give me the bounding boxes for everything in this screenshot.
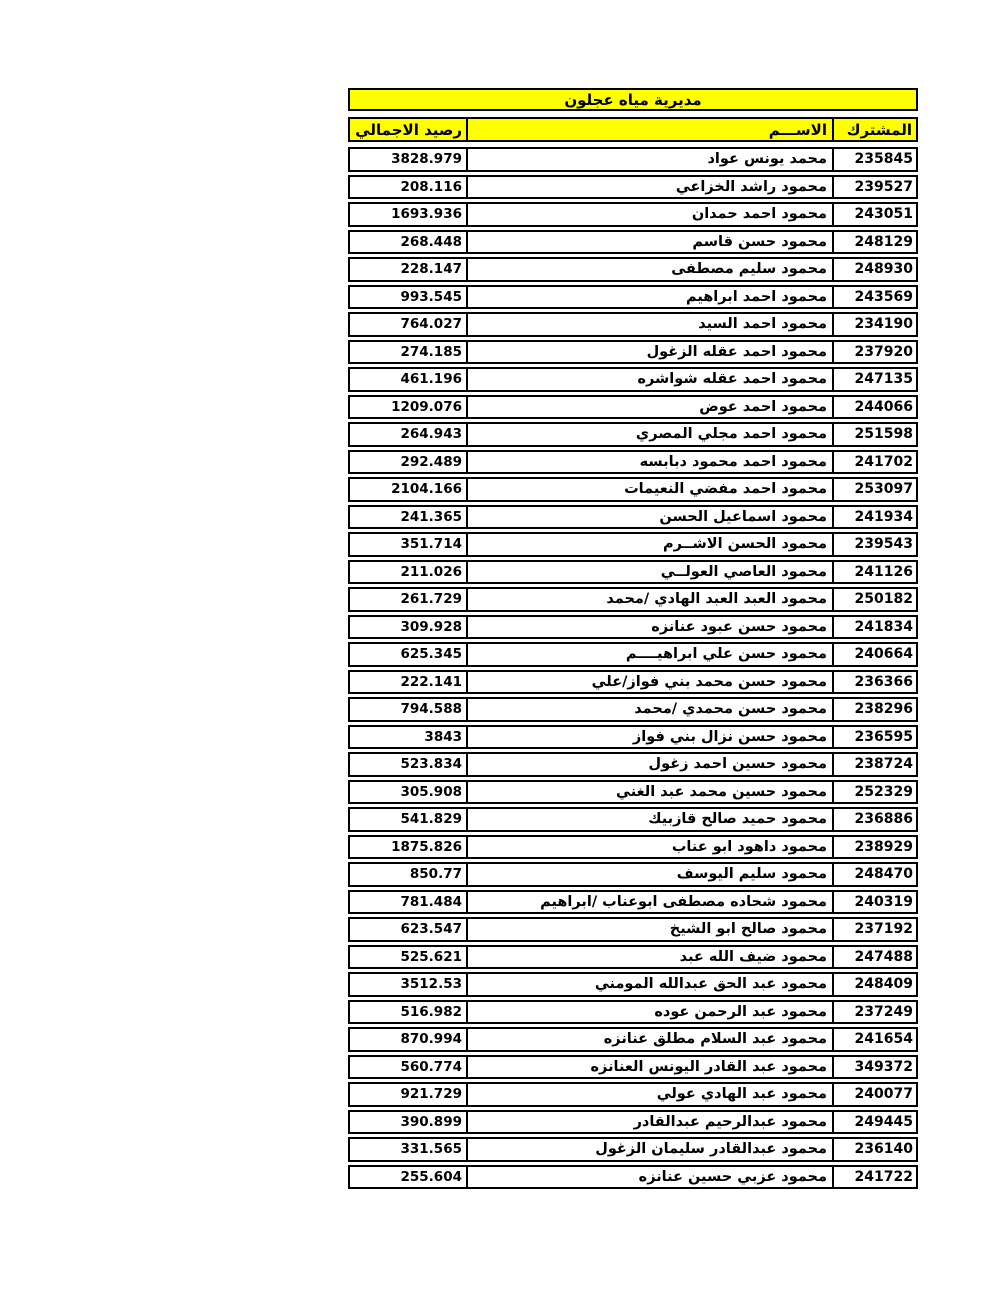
table-row: 243569محمود احمد ابراهيم993.545 bbox=[348, 285, 918, 310]
column-header-name: الاســـم bbox=[468, 119, 832, 140]
total-balance-cell: 993.545 bbox=[350, 287, 468, 308]
total-balance-cell: 1693.936 bbox=[350, 204, 468, 225]
total-balance-cell: 305.908 bbox=[350, 782, 468, 803]
subscriber-name-cell: محمود حسن قاسم bbox=[468, 232, 832, 253]
total-balance-cell: 794.588 bbox=[350, 699, 468, 720]
subscriber-id-cell: 247488 bbox=[832, 947, 916, 968]
table-row: 234190محمود احمد السيد764.027 bbox=[348, 312, 918, 337]
subscriber-name-cell: محمود عبدالرحيم عبدالقادر bbox=[468, 1112, 832, 1133]
subscriber-name-cell: محمود داهود ابو عناب bbox=[468, 837, 832, 858]
subscriber-id-cell: 238929 bbox=[832, 837, 916, 858]
table-row: 247135محمود احمد عقله شواشره461.196 bbox=[348, 367, 918, 392]
subscriber-id-cell: 244066 bbox=[832, 397, 916, 418]
table-row: 243051محمود احمد حمدان1693.936 bbox=[348, 202, 918, 227]
subscriber-id-cell: 243569 bbox=[832, 287, 916, 308]
table-row: 237249محمود عبد الرحمن عوده516.982 bbox=[348, 1000, 918, 1025]
subscriber-name-cell: محمود حميد صالح قازبيك bbox=[468, 809, 832, 830]
column-header-subscriber: المشترك bbox=[832, 119, 916, 140]
subscriber-name-cell: محمود ضيف الله عبد bbox=[468, 947, 832, 968]
subscriber-name-cell: محمود عبد الهادي عولي bbox=[468, 1084, 832, 1105]
subscriber-id-cell: 236595 bbox=[832, 727, 916, 748]
total-balance-cell: 625.345 bbox=[350, 644, 468, 665]
subscriber-name-cell: محمود احمد عوض bbox=[468, 397, 832, 418]
subscriber-name-cell: محمود احمد حمدان bbox=[468, 204, 832, 225]
table-row: 236366محمود حسن محمد بني فواز/علي222.141 bbox=[348, 670, 918, 695]
total-balance-cell: 351.714 bbox=[350, 534, 468, 555]
subscriber-id-cell: 241126 bbox=[832, 562, 916, 583]
subscriber-name-cell: محمود اسماعيل الحسن bbox=[468, 507, 832, 528]
subscriber-id-cell: 235845 bbox=[832, 149, 916, 170]
subscriber-name-cell: محمود عزبي حسين عنانزه bbox=[468, 1167, 832, 1188]
subscriber-id-cell: 252329 bbox=[832, 782, 916, 803]
subscriber-name-cell: محمود احمد مجلي المصري bbox=[468, 424, 832, 445]
table-row: 240077محمود عبد الهادي عولي921.729 bbox=[348, 1082, 918, 1107]
table-row: 248470محمود سليم اليوسف850.77 bbox=[348, 862, 918, 887]
total-balance-cell: 921.729 bbox=[350, 1084, 468, 1105]
total-balance-cell: 560.774 bbox=[350, 1057, 468, 1078]
total-balance-cell: 274.185 bbox=[350, 342, 468, 363]
total-balance-cell: 222.141 bbox=[350, 672, 468, 693]
subscriber-id-cell: 241654 bbox=[832, 1029, 916, 1050]
total-balance-cell: 3828.979 bbox=[350, 149, 468, 170]
subscriber-name-cell: محمود عبد الحق عبدالله المومني bbox=[468, 974, 832, 995]
subscriber-id-cell: 248129 bbox=[832, 232, 916, 253]
table-row: 235845محمد يونس عواد3828.979 bbox=[348, 147, 918, 172]
subscriber-name-cell: محمود شحاده مصطفى ابوعناب /ابراهيم bbox=[468, 892, 832, 913]
table-row: 241934محمود اسماعيل الحسن241.365 bbox=[348, 505, 918, 530]
subscriber-id-cell: 248930 bbox=[832, 259, 916, 280]
subscriber-name-cell: محمود احمد عقله شواشره bbox=[468, 369, 832, 390]
total-balance-cell: 211.026 bbox=[350, 562, 468, 583]
table-row: 248409محمود عبد الحق عبدالله المومني3512… bbox=[348, 972, 918, 997]
table-row: 239527محمود راشد الخزاعي208.116 bbox=[348, 175, 918, 200]
subscriber-name-cell: محمود سليم مصطفى bbox=[468, 259, 832, 280]
total-balance-cell: 390.899 bbox=[350, 1112, 468, 1133]
subscriber-id-cell: 253097 bbox=[832, 479, 916, 500]
subscriber-name-cell: محمود عبدالقادر سليمان الزغول bbox=[468, 1139, 832, 1160]
subscriber-id-cell: 247135 bbox=[832, 369, 916, 390]
table-title: مديرية مياه عجلون bbox=[348, 88, 918, 111]
table-row: 238929محمود داهود ابو عناب1875.826 bbox=[348, 835, 918, 860]
table-row: 241722محمود عزبي حسين عنانزه255.604 bbox=[348, 1165, 918, 1190]
subscriber-name-cell: محمود احمد عقله الزغول bbox=[468, 342, 832, 363]
subscriber-id-cell: 248409 bbox=[832, 974, 916, 995]
table-row: 237920محمود احمد عقله الزغول274.185 bbox=[348, 340, 918, 365]
table-row: 349372محمود عبد القادر اليونس العنانزه56… bbox=[348, 1055, 918, 1080]
total-balance-cell: 870.994 bbox=[350, 1029, 468, 1050]
table-row: 241126محمود العاصي العولــي211.026 bbox=[348, 560, 918, 585]
table-row: 236595محمود حسن نزال بني فواز3843 bbox=[348, 725, 918, 750]
subscriber-id-cell: 241702 bbox=[832, 452, 916, 473]
table-row: 250182محمود العبد العبد الهادي /محمد261.… bbox=[348, 587, 918, 612]
subscriber-name-cell: محمود عبد السلام مطلق عنانزه bbox=[468, 1029, 832, 1050]
subscriber-id-cell: 249445 bbox=[832, 1112, 916, 1133]
total-balance-cell: 331.565 bbox=[350, 1139, 468, 1160]
subscriber-id-cell: 237249 bbox=[832, 1002, 916, 1023]
subscriber-name-cell: محمود العبد العبد الهادي /محمد bbox=[468, 589, 832, 610]
table-row: 241702محمود احمد محمود دبابسه292.489 bbox=[348, 450, 918, 475]
subscriber-id-cell: 236366 bbox=[832, 672, 916, 693]
subscriber-id-cell: 251598 bbox=[832, 424, 916, 445]
subscriber-name-cell: محمود صالح ابو الشيخ bbox=[468, 919, 832, 940]
total-balance-cell: 241.365 bbox=[350, 507, 468, 528]
total-balance-cell: 623.547 bbox=[350, 919, 468, 940]
table-row: 248930محمود سليم مصطفى228.147 bbox=[348, 257, 918, 282]
total-balance-cell: 541.829 bbox=[350, 809, 468, 830]
subscriber-id-cell: 239543 bbox=[832, 534, 916, 555]
subscriber-name-cell: محمود احمد مفضي النعيمات bbox=[468, 479, 832, 500]
table-row: 248129محمود حسن قاسم268.448 bbox=[348, 230, 918, 255]
table-row: 239543محمود الحسن الاشــرم351.714 bbox=[348, 532, 918, 557]
subscriber-name-cell: محمود الحسن الاشــرم bbox=[468, 534, 832, 555]
total-balance-cell: 525.621 bbox=[350, 947, 468, 968]
total-balance-cell: 309.928 bbox=[350, 617, 468, 638]
subscriber-id-cell: 238724 bbox=[832, 754, 916, 775]
total-balance-cell: 264.943 bbox=[350, 424, 468, 445]
subscriber-id-cell: 238296 bbox=[832, 699, 916, 720]
total-balance-cell: 516.982 bbox=[350, 1002, 468, 1023]
subscriber-name-cell: محمود عبد القادر اليونس العنانزه bbox=[468, 1057, 832, 1078]
total-balance-cell: 523.834 bbox=[350, 754, 468, 775]
total-balance-cell: 1209.076 bbox=[350, 397, 468, 418]
total-balance-cell: 764.027 bbox=[350, 314, 468, 335]
subscriber-id-cell: 250182 bbox=[832, 589, 916, 610]
table-row: 238296محمود حسن محمدي /محمد794.588 bbox=[348, 697, 918, 722]
table-row: 249445محمود عبدالرحيم عبدالقادر390.899 bbox=[348, 1110, 918, 1135]
subscriber-id-cell: 349372 bbox=[832, 1057, 916, 1078]
total-balance-cell: 461.196 bbox=[350, 369, 468, 390]
total-balance-cell: 228.147 bbox=[350, 259, 468, 280]
total-balance-cell: 3843 bbox=[350, 727, 468, 748]
total-balance-cell: 2104.166 bbox=[350, 479, 468, 500]
subscriber-id-cell: 241722 bbox=[832, 1167, 916, 1188]
subscriber-name-cell: محمود احمد ابراهيم bbox=[468, 287, 832, 308]
subscriber-name-cell: محمود احمد محمود دبابسه bbox=[468, 452, 832, 473]
table-row: 237192محمود صالح ابو الشيخ623.547 bbox=[348, 917, 918, 942]
subscriber-name-cell: محمود احمد السيد bbox=[468, 314, 832, 335]
subscriber-name-cell: محمود سليم اليوسف bbox=[468, 864, 832, 885]
total-balance-cell: 261.729 bbox=[350, 589, 468, 610]
subscriber-id-cell: 237192 bbox=[832, 919, 916, 940]
subscriber-id-cell: 240664 bbox=[832, 644, 916, 665]
table-row: 236886محمود حميد صالح قازبيك541.829 bbox=[348, 807, 918, 832]
subscriber-name-cell: محمود حسن نزال بني فواز bbox=[468, 727, 832, 748]
subscriber-id-cell: 241934 bbox=[832, 507, 916, 528]
table-header-row: المشترك الاســـم رصيد الاجمالي bbox=[348, 117, 918, 142]
total-balance-cell: 208.116 bbox=[350, 177, 468, 198]
table-body: 235845محمد يونس عواد3828.979239527محمود … bbox=[348, 147, 918, 1189]
subscriber-id-cell: 240077 bbox=[832, 1084, 916, 1105]
subscriber-id-cell: 243051 bbox=[832, 204, 916, 225]
table-row: 238724محمود حسين احمد زغول523.834 bbox=[348, 752, 918, 777]
subscriber-name-cell: محمود حسين محمد عبد الغني bbox=[468, 782, 832, 803]
table-row: 247488محمود ضيف الله عبد525.621 bbox=[348, 945, 918, 970]
table-row: 240664محمود حسن علي ابراهيــــم625.345 bbox=[348, 642, 918, 667]
subscriber-name-cell: محمود العاصي العولــي bbox=[468, 562, 832, 583]
subscriber-id-cell: 248470 bbox=[832, 864, 916, 885]
subscriber-id-cell: 236140 bbox=[832, 1139, 916, 1160]
table-row: 251598محمود احمد مجلي المصري264.943 bbox=[348, 422, 918, 447]
total-balance-cell: 781.484 bbox=[350, 892, 468, 913]
subscriber-id-cell: 240319 bbox=[832, 892, 916, 913]
total-balance-cell: 268.448 bbox=[350, 232, 468, 253]
subscriber-name-cell: محمود حسن محمد بني فواز/علي bbox=[468, 672, 832, 693]
subscriber-id-cell: 237920 bbox=[832, 342, 916, 363]
subscriber-name-cell: محمود حسن محمدي /محمد bbox=[468, 699, 832, 720]
subscriber-name-cell: محمود حسين احمد زغول bbox=[468, 754, 832, 775]
subscriber-name-cell: محمد يونس عواد bbox=[468, 149, 832, 170]
subscriber-name-cell: محمود راشد الخزاعي bbox=[468, 177, 832, 198]
subscriber-name-cell: محمود حسن عبود عنانزه bbox=[468, 617, 832, 638]
table-row: 253097محمود احمد مفضي النعيمات2104.166 bbox=[348, 477, 918, 502]
column-header-balance: رصيد الاجمالي bbox=[350, 119, 468, 140]
table-row: 241834محمود حسن عبود عنانزه309.928 bbox=[348, 615, 918, 640]
subscriber-id-cell: 239527 bbox=[832, 177, 916, 198]
subscriber-name-cell: محمود حسن علي ابراهيــــم bbox=[468, 644, 832, 665]
water-directorate-table: مديرية مياه عجلون المشترك الاســـم رصيد … bbox=[348, 88, 918, 1192]
table-row: 244066محمود احمد عوض1209.076 bbox=[348, 395, 918, 420]
subscriber-id-cell: 236886 bbox=[832, 809, 916, 830]
subscriber-id-cell: 234190 bbox=[832, 314, 916, 335]
total-balance-cell: 255.604 bbox=[350, 1167, 468, 1188]
table-row: 241654محمود عبد السلام مطلق عنانزه870.99… bbox=[348, 1027, 918, 1052]
total-balance-cell: 1875.826 bbox=[350, 837, 468, 858]
total-balance-cell: 850.77 bbox=[350, 864, 468, 885]
subscriber-id-cell: 241834 bbox=[832, 617, 916, 638]
table-row: 252329محمود حسين محمد عبد الغني305.908 bbox=[348, 780, 918, 805]
table-row: 236140محمود عبدالقادر سليمان الزغول331.5… bbox=[348, 1137, 918, 1162]
table-row: 240319محمود شحاده مصطفى ابوعناب /ابراهيم… bbox=[348, 890, 918, 915]
total-balance-cell: 3512.53 bbox=[350, 974, 468, 995]
total-balance-cell: 292.489 bbox=[350, 452, 468, 473]
subscriber-name-cell: محمود عبد الرحمن عوده bbox=[468, 1002, 832, 1023]
